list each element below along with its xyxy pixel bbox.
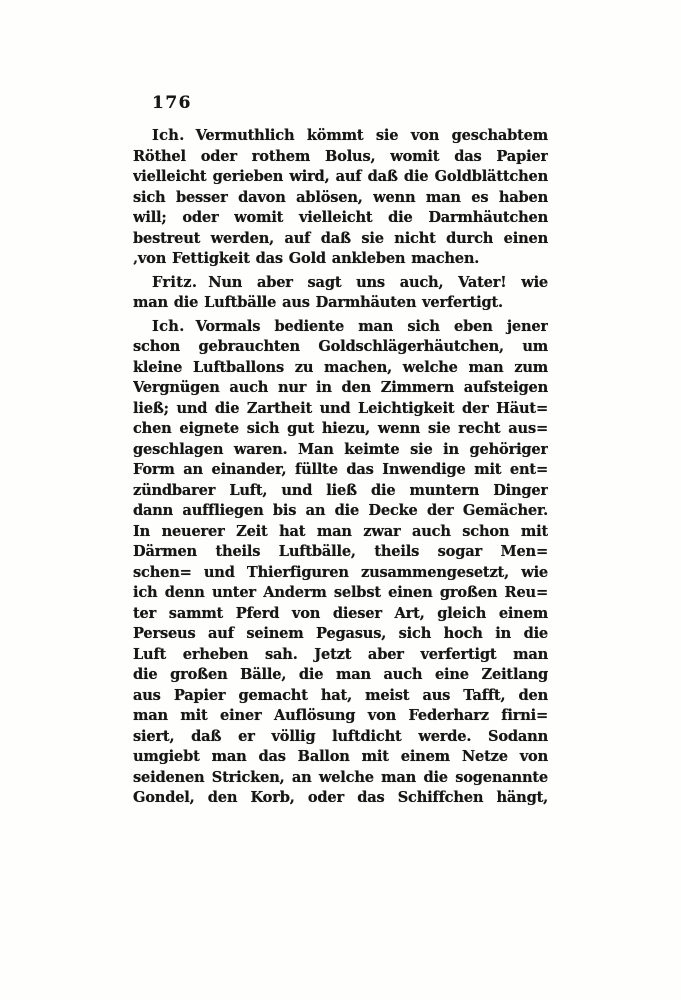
- text-line: Perseus auf seinem Pegasus, sich hoch in…: [133, 624, 548, 645]
- text-line: die großen Bälle, die man auch eine Zeit…: [133, 665, 548, 686]
- line-text: chen eignete sich gut hiezu, wenn sie re…: [133, 420, 548, 437]
- line-text: man mit einer Auflösung von Federharz fi…: [133, 707, 548, 724]
- text-line: Gondel, den Korb, oder das Schiffchen hä…: [133, 788, 548, 809]
- text-line: ließ; und die Zartheit und Leichtigkeit …: [133, 399, 548, 420]
- line-text: siert, daß er völlig luftdicht werde. So…: [133, 728, 548, 745]
- text-line: Fritz.Nun aber sagt uns auch, Vater! wie: [133, 273, 548, 294]
- text-line: will; oder womit vielleicht die Darmhäut…: [133, 208, 548, 229]
- text-line: zündbarer Luft, und ließ die muntern Din…: [133, 481, 548, 502]
- line-text: sich besser davon ablösen, wenn man es h…: [133, 189, 548, 206]
- speaker-name: Ich.: [152, 127, 185, 144]
- text-line: bestreut werden, auf daß sie nicht durch…: [133, 229, 548, 250]
- line-text: kleine Luftballons zu machen, welche man…: [133, 359, 548, 376]
- line-text: Vergnügen auch nur in den Zimmern aufste…: [133, 379, 548, 396]
- text-line: Form an einander, füllte das Inwendige m…: [133, 460, 548, 481]
- line-text: Röthel oder rothem Bolus, womit das Papi…: [133, 148, 548, 165]
- text-line: seidenen Stricken, an welche man die sog…: [133, 768, 548, 789]
- line-text: aus Papier gemacht hat, meist aus Tafft,…: [133, 687, 548, 704]
- line-text: seidenen Stricken, an welche man die sog…: [133, 769, 548, 786]
- line-text: Vermuthlich kömmt sie von geschabtem: [196, 127, 548, 144]
- line-text: die großen Bälle, die man auch eine Zeit…: [133, 666, 548, 683]
- text-line: Luft erheben sah. Jetzt aber verfertigt …: [133, 645, 548, 666]
- speaker-name: Fritz.: [152, 274, 197, 291]
- line-text: vielleicht gerieben wird, auf daß die Go…: [133, 168, 548, 185]
- line-text: schen= und Thierfiguren zusammengesetzt,…: [133, 564, 548, 581]
- text-line: Därmen theils Luftbälle, theils sogar Me…: [133, 542, 548, 563]
- text-line: kleine Luftballons zu machen, welche man…: [133, 358, 548, 379]
- text-line: Ich.Vermuthlich kömmt sie von geschabtem: [133, 126, 548, 147]
- speaker-name: Ich.: [152, 318, 185, 335]
- text-line: ‚von Fettigkeit das Gold ankleben machen…: [133, 249, 548, 270]
- line-text: will; oder womit vielleicht die Darmhäut…: [133, 209, 548, 226]
- line-text: schon gebrauchten Goldschlägerhäutchen, …: [133, 338, 548, 358]
- text-line: sich besser davon ablösen, wenn man es h…: [133, 188, 548, 209]
- text-line: man mit einer Auflösung von Federharz fi…: [133, 706, 548, 727]
- line-text: ter sammt Pferd von dieser Art, gleich e…: [133, 605, 548, 622]
- text-line: siert, daß er völlig luftdicht werde. So…: [133, 727, 548, 748]
- text-line: schen= und Thierfiguren zusammengesetzt,…: [133, 563, 548, 584]
- text-line: geschlagen waren. Man keimte sie in gehö…: [133, 440, 548, 461]
- text-line: umgiebt man das Ballon mit einem Netze v…: [133, 747, 548, 768]
- text-line: man die Luftbälle aus Darmhäuten verfert…: [133, 293, 548, 314]
- text-line: In neuerer Zeit hat man zwar auch schon …: [133, 522, 548, 543]
- line-text: In neuerer Zeit hat man zwar auch schon …: [133, 523, 548, 540]
- page-number: 176: [152, 93, 192, 113]
- text-column: Ich.Vermuthlich kömmt sie von geschabtem…: [133, 123, 548, 809]
- text-line: dann auffliegen bis an die Decke der Gem…: [133, 501, 548, 522]
- line-text: umgiebt man das Ballon mit einem Netze v…: [133, 748, 548, 765]
- line-text: Form an einander, füllte das Inwendige m…: [133, 461, 548, 478]
- text-line: chen eignete sich gut hiezu, wenn sie re…: [133, 419, 548, 440]
- line-text: Vormals bediente man sich eben jener: [196, 318, 548, 335]
- book-page-scan: 176 Ich.Vermuthlich kömmt sie von gescha…: [0, 0, 681, 1000]
- text-line: ich denn unter Anderm selbst einen große…: [133, 583, 548, 604]
- text-line: Röthel oder rothem Bolus, womit das Papi…: [133, 147, 548, 168]
- line-text: Nun aber sagt uns auch, Vater! wie: [208, 274, 548, 291]
- text-line: vielleicht gerieben wird, auf daß die Go…: [133, 167, 548, 188]
- text-line: schon gebrauchten Goldschlägerhäutchen, …: [133, 337, 548, 358]
- line-text: Gondel, den Korb, oder das Schiffchen hä…: [133, 789, 548, 806]
- line-text: man die Luftbälle aus Darmhäuten verfert…: [133, 294, 503, 311]
- line-text: Luft erheben sah. Jetzt aber verfertigt …: [133, 646, 548, 663]
- text-line: Ich.Vormals bediente man sich eben jener: [133, 317, 548, 338]
- text-line: ter sammt Pferd von dieser Art, gleich e…: [133, 604, 548, 625]
- line-text: bestreut werden, auf daß sie nicht durch…: [133, 230, 548, 250]
- line-text: geschlagen waren. Man keimte sie in gehö…: [133, 441, 548, 458]
- line-text: ‚von Fettigkeit das Gold ankleben machen…: [133, 250, 479, 267]
- line-text: ich denn unter Anderm selbst einen große…: [133, 584, 548, 601]
- text-line: aus Papier gemacht hat, meist aus Tafft,…: [133, 686, 548, 707]
- line-text: Därmen theils Luftbälle, theils sogar Me…: [133, 543, 548, 560]
- line-text: zündbarer Luft, und ließ die muntern Din…: [133, 482, 548, 499]
- text-line: Vergnügen auch nur in den Zimmern aufste…: [133, 378, 548, 399]
- line-text: Perseus auf seinem Pegasus, sich hoch in…: [133, 625, 548, 642]
- line-text: ließ; und die Zartheit und Leichtigkeit …: [133, 400, 548, 417]
- line-text: dann auffliegen bis an die Decke der Gem…: [133, 502, 548, 519]
